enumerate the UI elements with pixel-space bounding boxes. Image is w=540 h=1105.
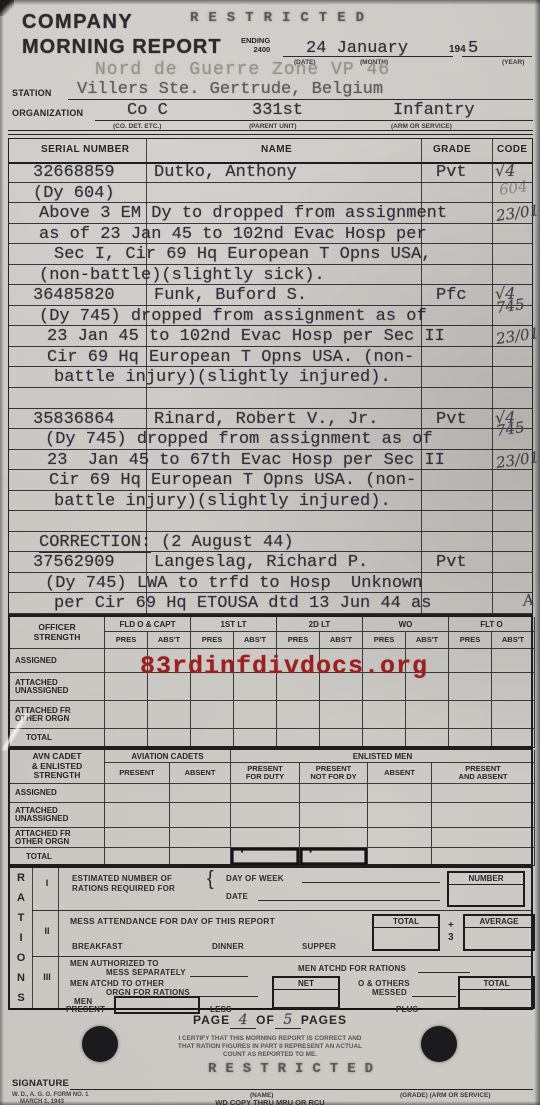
organization-label: ORGANIZATION <box>12 108 83 118</box>
day-of-week-label: DAY OF WEEK <box>226 874 284 883</box>
rations-letter: R <box>17 872 25 884</box>
absent-subheader: ABS'T <box>320 632 363 649</box>
roster-serial: 37562909 <box>33 553 115 572</box>
enlisted-value-cell <box>170 803 231 828</box>
page-count-row: PAGE 4 OF 5 PAGES <box>0 1012 540 1029</box>
enlisted-strength-corner-label: AVN CADET & ENLISTED STRENGTH <box>10 750 105 784</box>
roster-wide: 23 Jan 45 to 67th Evac Hosp per Sec II <box>47 451 445 470</box>
section-numeral-3: III <box>38 972 56 982</box>
enlisted-subheader: PRESENT FOR DUTY <box>231 763 300 784</box>
roster-wide: CORRECTION: <box>39 533 151 553</box>
officer-strength-corner-label: OFFICER STRENGTH <box>10 617 105 649</box>
roster-hand: 745 <box>495 295 526 317</box>
enlisted-value-cell: ▪ <box>300 848 368 866</box>
section-numeral-1: I <box>38 878 56 888</box>
officer-value-cell <box>492 673 535 701</box>
signature-label: SIGNATURE <box>12 1078 69 1089</box>
officer-group-header: 2D LT <box>277 617 363 632</box>
roster-row: (Dy 745) dropped from assignment as of74… <box>9 429 532 450</box>
roster-wide: per Cir 69 Hq ETOUSA dtd 13 Jun 44 as <box>54 594 431 613</box>
rations-letter: I <box>19 932 22 944</box>
mess-attendance-title: MESS ATTENDANCE FOR DAY OF THIS REPORT <box>70 916 275 926</box>
officer-value-cell <box>492 649 535 673</box>
code-header: CODE <box>497 144 528 155</box>
enlisted-value-cell <box>368 803 432 828</box>
enlisted-subheader: ABSENT <box>170 763 231 784</box>
roster-hand: 23/01 <box>495 448 540 472</box>
roster-table: SERIAL NUMBER NAME GRADE CODE 32668859Du… <box>8 138 533 615</box>
date-label: DATE <box>226 892 248 901</box>
roster-wide: 23 Jan 45 to 102nd Evac Hosp per Sec II <box>47 327 445 346</box>
present-subheader: PRES <box>449 632 492 649</box>
pages-total-handwritten: 5 <box>275 1012 301 1029</box>
paper-crease <box>0 709 41 755</box>
roster-grade: Pfc <box>436 286 467 305</box>
organization-underline <box>95 120 533 121</box>
enlisted-strength-table: AVN CADET & ENLISTED STRENGTHAVIATION CA… <box>8 748 533 866</box>
enlisted-value-cell <box>368 784 432 803</box>
enlisted-value-cell <box>432 803 535 828</box>
roster-serial: 36485820 <box>33 286 115 305</box>
enlisted-value-cell <box>105 848 170 866</box>
scan-edge-left <box>0 0 4 1105</box>
day-of-week-line <box>302 882 440 883</box>
roster-serial: 32668859 <box>33 163 115 182</box>
officer-value-cell <box>148 729 191 748</box>
dinner-label: DINNER <box>212 942 244 951</box>
enlisted-value-cell <box>368 828 432 848</box>
roster-row: 35836864Rinard, Robert V., Jr.Pvt√4 <box>9 409 532 430</box>
roster-wide: (Dy 745) dropped from assignment as of <box>39 307 427 326</box>
men-atchd-other-label1: MEN ATCHD TO OTHER <box>70 979 164 988</box>
estimated-rations-label2: RATIONS REQUIRED FOR <box>72 884 175 893</box>
enlisted-row-label: ATTACHED FR OTHER ORGN <box>10 828 105 848</box>
officer-value-cell <box>449 649 492 673</box>
name-header: NAME <box>261 144 292 155</box>
rations-section: RATIONS I II III ESTIMATED NUMBER OF RAT… <box>8 866 533 1010</box>
roster-row: (Dy 745) LWA to trfd to Hosp Unknown <box>9 573 532 594</box>
roster-row: battle injury)(slightly injured). <box>9 491 532 512</box>
roster-rows: 32668859Dutko, AnthonyPvt√4(Dy 604)604Ab… <box>9 162 532 614</box>
number-box: NUMBER <box>447 871 525 907</box>
year-printed-prefix: 194 <box>449 44 466 55</box>
column-divider <box>146 139 147 614</box>
roster-wide: (2 August 44) <box>161 533 294 552</box>
enlisted-value-cell <box>231 828 300 848</box>
officer-value-cell <box>406 701 449 729</box>
present-subheader: PRES <box>363 632 406 649</box>
roster-row: battle injury)(slightly injured). <box>9 367 532 388</box>
page-label: PAGE <box>193 1013 230 1027</box>
rations-divider <box>58 868 59 1008</box>
punch-hole-right <box>421 1026 457 1062</box>
roster-wide: battle injury)(slightly injured). <box>54 492 391 511</box>
average-box-label: AVERAGE <box>465 917 533 928</box>
rations-vertical-label: RATIONS <box>10 868 32 1008</box>
roster-name: Funk, Buford S. <box>154 286 307 305</box>
organization-arm: Infantry <box>393 101 475 120</box>
net-box-label: NET <box>274 979 338 990</box>
roster-code: √4 <box>495 161 515 180</box>
enlisted-value-cell <box>300 803 368 828</box>
officer-value-cell <box>320 729 363 748</box>
roster-row: per Cir 69 Hq ETOUSA dtd 13 Jun 44 asA <box>9 593 532 614</box>
signature-line <box>70 1089 533 1090</box>
column-divider <box>421 139 422 614</box>
enlisted-value-cell <box>368 848 432 866</box>
serial-number-header: SERIAL NUMBER <box>41 144 129 155</box>
net-box: NET <box>272 976 340 1009</box>
roster-wide: Cir 69 Hq European T Opns USA. (non- <box>49 471 416 490</box>
aviation-cadets-header: AVIATION CADETS <box>105 750 231 763</box>
roster-row: (non-battle)(slightly sick). <box>9 265 532 286</box>
officer-value-cell <box>492 729 535 748</box>
officer-value-cell <box>449 729 492 748</box>
officer-value-cell <box>492 701 535 729</box>
enlisted-value-cell <box>432 784 535 803</box>
total-box-2: TOTAL <box>458 976 535 1009</box>
roster-wide: (Dy 745) dropped from assignment as of <box>45 430 433 449</box>
parent-unit-sublabel: (PARENT UNIT) <box>249 123 297 130</box>
mess-separately-line <box>190 976 248 977</box>
year-sublabel: (YEAR) <box>502 59 524 66</box>
form-title-line1: COMPANY <box>22 11 133 34</box>
enlisted-subheader: PRESENT AND ABSENT <box>432 763 535 784</box>
form-title-line2: MORNING REPORT <box>22 36 222 59</box>
present-subheader: PRES <box>277 632 320 649</box>
divide-plus: + <box>448 920 454 931</box>
enlisted-value-cell <box>170 828 231 848</box>
enlisted-men-header: ENLISTED MEN <box>231 750 535 763</box>
roster-row <box>9 388 532 409</box>
roster-row: CORRECTION:(2 August 44) <box>9 532 532 553</box>
officer-group-header: 1ST LT <box>191 617 277 632</box>
officer-row-label: ATTACHED UNASSIGNED <box>10 673 105 701</box>
officer-value-cell <box>277 729 320 748</box>
punch-hole-left <box>82 1026 118 1062</box>
officer-value-cell <box>148 701 191 729</box>
station-value: Villers Ste. Gertrude, Belgium <box>77 80 383 99</box>
orgn-rations-line <box>196 996 258 997</box>
page-number-handwritten: 4 <box>230 1012 256 1029</box>
arm-service-sublabel: (ARM OR SERVICE) <box>391 123 452 130</box>
officer-value-cell <box>363 729 406 748</box>
roster-header-row: SERIAL NUMBER NAME GRADE CODE <box>9 139 532 164</box>
roster-serial: (Dy 604) <box>33 184 115 203</box>
section-divider <box>32 956 531 957</box>
rations-letter: S <box>17 992 24 1004</box>
column-divider <box>492 139 493 614</box>
breakfast-label: BREAKFAST <box>72 942 123 951</box>
roster-hand: 604 <box>498 177 529 199</box>
enlisted-row-label: TOTAL <box>10 848 105 866</box>
roster-row: Cir 69 Hq European T Opns USA. (non- <box>9 470 532 491</box>
roster-grade: Pvt <box>436 553 467 572</box>
roster-name: Langeslag, Richard P. <box>154 553 368 572</box>
cert-line-2: THAT RATION FIGURES IN PART II REPRESENT… <box>0 1043 540 1051</box>
absent-subheader: ABS'T <box>492 632 535 649</box>
officer-row-label: ASSIGNED <box>10 649 105 673</box>
censor-stamp: Nord de Guerre Zone VP 46 <box>95 60 390 80</box>
roster-row: 36485820Funk, Buford S.Pfc√4 <box>9 285 532 306</box>
enlisted-value-cell <box>432 848 535 866</box>
roster-row: 23 Jan 45 to 67th Evac Hosp per Sec II23… <box>9 450 532 471</box>
report-date: 24 January <box>306 39 408 58</box>
restricted-stamp-top: RESTRICTED <box>190 10 374 26</box>
roster-wide: battle injury)(slightly injured). <box>54 368 391 387</box>
pencil-mark: ▪ <box>241 847 244 856</box>
scan-corner-dark <box>0 0 14 16</box>
enlisted-value-cell <box>105 803 170 828</box>
section-numeral-2: II <box>38 926 56 936</box>
officer-value-cell <box>449 701 492 729</box>
rations-letter: O <box>17 952 26 964</box>
roster-name: Rinard, Robert V., Jr. <box>154 410 378 429</box>
enlisted-value-cell <box>105 784 170 803</box>
plus-line <box>422 1009 482 1010</box>
enlisted-value-cell <box>170 784 231 803</box>
officer-value-cell <box>277 701 320 729</box>
roster-row <box>9 511 532 532</box>
estimated-rations-label1: ESTIMATED NUMBER OF <box>72 874 172 883</box>
roster-grade: Pvt <box>436 410 467 429</box>
rations-divider <box>32 868 33 1008</box>
roster-row: 32668859Dutko, AnthonyPvt√4 <box>9 162 532 183</box>
roster-wide: as of 23 Jan 45 to 102nd Evac Hosp per <box>39 225 427 244</box>
enlisted-value-cell <box>231 803 300 828</box>
enlisted-value-cell <box>300 784 368 803</box>
roster-row: (Dy 745) dropped from assignment as of74… <box>9 306 532 327</box>
enlisted-row-label: ATTACHED UNASSIGNED <box>10 803 105 828</box>
men-authorized-label: MEN AUTHORIZED TO <box>70 959 159 968</box>
mess-separately-label: MESS SEPARATELY <box>106 968 186 977</box>
supper-label: SUPPER <box>302 942 336 951</box>
brace: { <box>207 868 214 891</box>
year-underline <box>462 56 532 57</box>
officer-value-cell <box>191 729 234 748</box>
of-label: OF <box>256 1013 275 1027</box>
morning-report-document: RESTRICTED COMPANY MORNING REPORT ENDING… <box>0 0 540 1105</box>
total-box: TOTAL <box>372 914 440 951</box>
number-box-label: NUMBER <box>449 874 523 885</box>
organization-company: Co C <box>127 101 168 120</box>
officer-value-cell <box>363 701 406 729</box>
roster-wide: Above 3 EM Dy to dropped from assignment <box>39 204 447 223</box>
divide-three: 3 <box>448 932 454 943</box>
double-rule <box>8 130 533 135</box>
scan-edge-top <box>0 0 540 5</box>
present-subheader: PRES <box>105 632 148 649</box>
messed-line <box>412 996 456 997</box>
officer-value-cell <box>449 673 492 701</box>
roster-row: Above 3 EM Dy to dropped from assignment… <box>9 203 532 224</box>
officer-value-cell <box>234 701 277 729</box>
website-watermark: 83rdinfdivdocs.org <box>140 652 428 681</box>
enlisted-subheader: ABSENT <box>368 763 432 784</box>
roster-serial: 35836864 <box>33 410 115 429</box>
roster-row: as of 23 Jan 45 to 102nd Evac Hosp per <box>9 224 532 245</box>
roster-grade: Pvt <box>436 163 467 182</box>
absent-subheader: ABS'T <box>148 632 191 649</box>
officer-value-cell <box>320 701 363 729</box>
date-line <box>258 900 440 901</box>
roster-hand: A <box>522 591 535 610</box>
officer-value-cell <box>105 701 148 729</box>
roster-hand: 745 <box>495 418 526 440</box>
roster-name: Dutko, Anthony <box>154 163 297 182</box>
wd-copy-note: WD COPY THRU MRU OR RCU <box>0 1098 540 1105</box>
total-box-2-label: TOTAL <box>460 979 533 990</box>
roster-row: 23 Jan 45 to 102nd Evac Hosp per Sec II2… <box>9 326 532 347</box>
roster-hand: 23/01 <box>495 201 540 225</box>
messed-label: MESSED <box>372 988 407 997</box>
roster-wide: (Dy 745) LWA to trfd to Hosp Unknown <box>45 574 422 593</box>
enlisted-subheader: PRESENT NOT FOR DY <box>300 763 368 784</box>
roster-row: Sec I, Cir 69 Hq European T Opns USA, <box>9 244 532 265</box>
average-box: AVERAGE <box>463 914 535 951</box>
rations-letter: T <box>18 912 25 924</box>
officer-value-cell <box>234 729 277 748</box>
enlisted-row-label: ASSIGNED <box>10 784 105 803</box>
cert-line-1: I CERTIFY THAT THIS MORNING REPORT IS CO… <box>0 1035 540 1043</box>
roster-wide: (non-battle)(slightly sick). <box>39 266 325 285</box>
men-atchd-for-rations-label: MEN ATCHD FOR RATIONS <box>298 964 406 973</box>
men-atchd-line <box>418 972 470 973</box>
pages-label: PAGES <box>301 1013 347 1027</box>
certification-text: I CERTIFY THAT THIS MORNING REPORT IS CO… <box>0 1035 540 1060</box>
officer-group-header: FLT O <box>449 617 535 632</box>
pencil-mark: ▪ <box>309 847 312 856</box>
roster-row: Cir 69 Hq European T Opns USA. (non- <box>9 347 532 368</box>
officer-group-header: FLD O & CAPT <box>105 617 191 632</box>
grade-header: GRADE <box>433 144 471 155</box>
officer-value-cell <box>105 729 148 748</box>
roster-row: 37562909Langeslag, Richard P.Pvt <box>9 552 532 573</box>
station-underline <box>68 99 533 100</box>
ending-2400-label: ENDING 2400 <box>241 37 270 54</box>
absent-subheader: ABS'T <box>234 632 277 649</box>
roster-row: (Dy 604)604 <box>9 183 532 204</box>
rations-letter: N <box>17 972 25 984</box>
officer-strength-table: OFFICER STRENGTHFLD O & CAPT1ST LT2D LTW… <box>8 615 533 748</box>
organization-unit: 331st <box>252 101 303 120</box>
enlisted-value-cell: ▪ <box>231 848 300 866</box>
rations-letter: A <box>17 892 25 904</box>
roster-wide: Cir 69 Hq European T Opns USA. (non- <box>47 348 414 367</box>
enlisted-value-cell <box>432 828 535 848</box>
enlisted-subheader: PRESENT <box>105 763 170 784</box>
officer-value-cell <box>406 729 449 748</box>
section-divider <box>32 910 531 911</box>
company-sublabel: (CO. DET. ETC.) <box>113 123 161 130</box>
station-label: STATION <box>12 88 52 98</box>
enlisted-value-cell <box>170 848 231 866</box>
total-box-label: TOTAL <box>374 917 438 928</box>
enlisted-value-cell <box>231 784 300 803</box>
officer-group-header: WO <box>363 617 449 632</box>
restricted-stamp-bottom: RESTRICTED <box>208 1061 382 1077</box>
roster-hand: 23/01 <box>495 324 540 348</box>
officer-value-cell <box>191 701 234 729</box>
roster-wide: Sec I, Cir 69 Hq European T Opns USA, <box>54 245 431 264</box>
enlisted-value-cell <box>300 828 368 848</box>
cert-line-3: COUNT AS REPORTED TO ME. <box>0 1051 540 1059</box>
o-and-others-label: O & OTHERS <box>358 979 410 988</box>
present-subheader: PRES <box>191 632 234 649</box>
enlisted-value-cell <box>105 828 170 848</box>
absent-subheader: ABS'T <box>406 632 449 649</box>
